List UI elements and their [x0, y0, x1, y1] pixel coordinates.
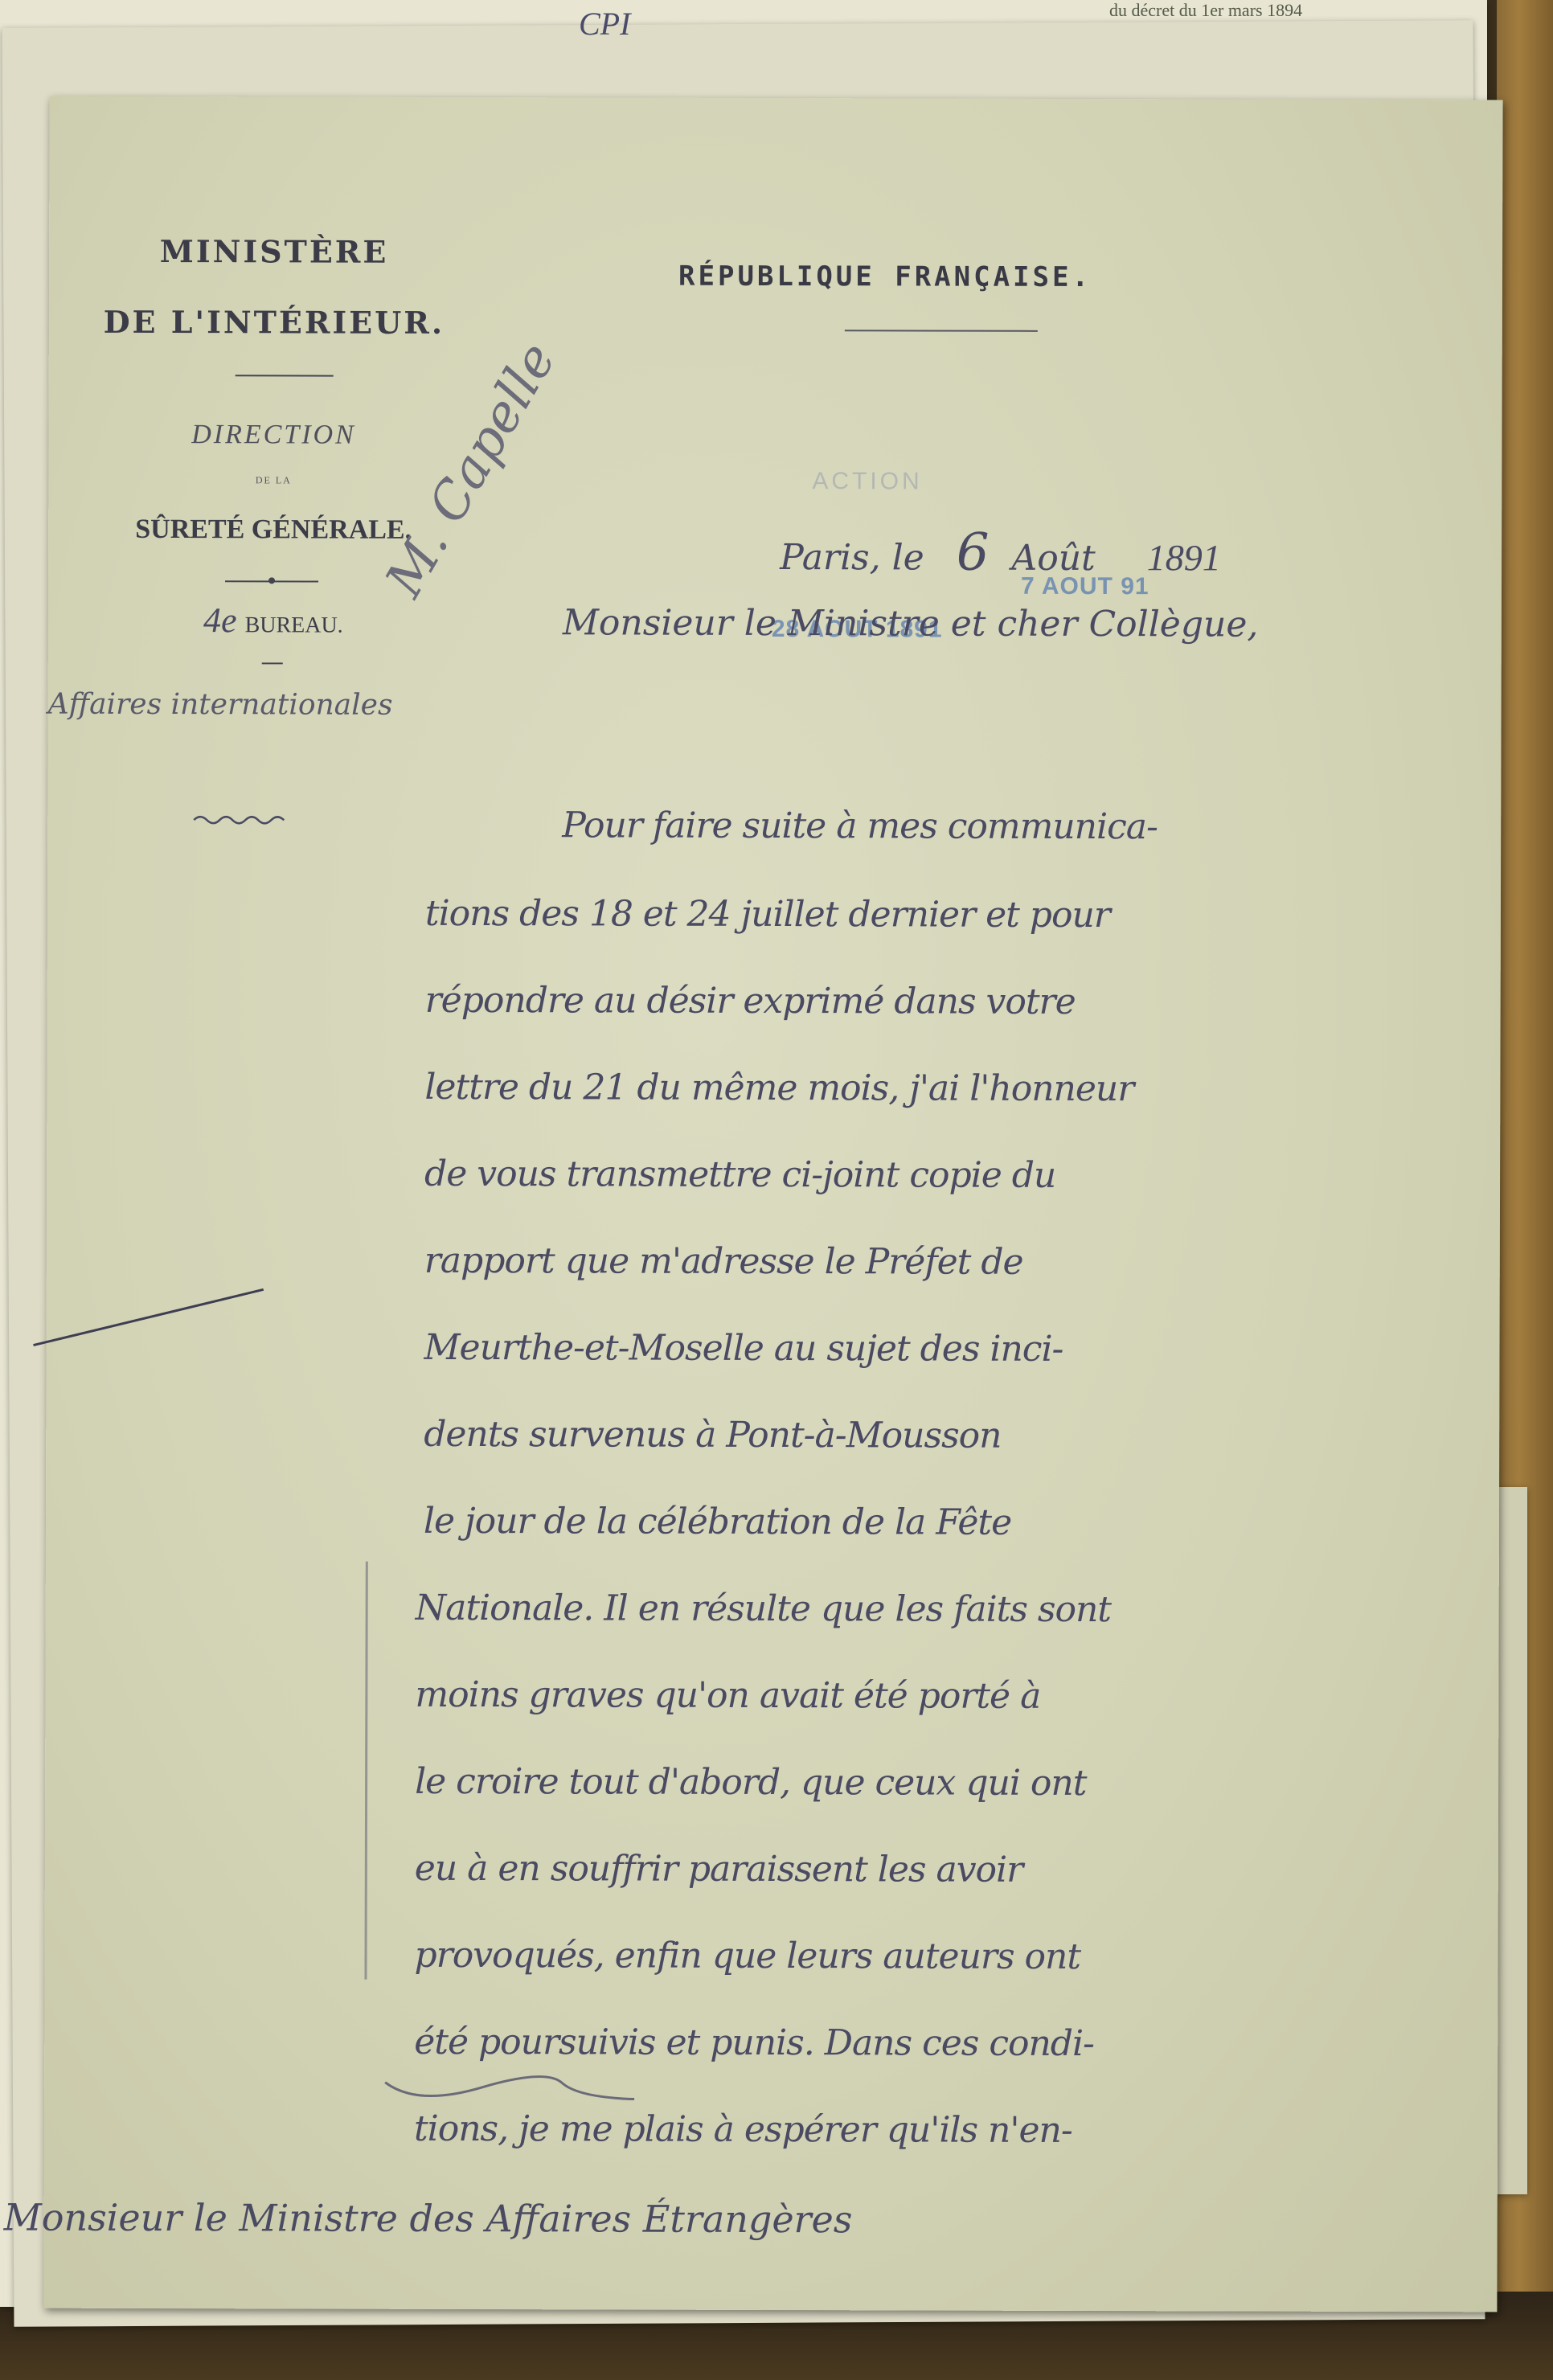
underline-squiggle	[382, 2058, 639, 2108]
body-line: moins graves qu'on avait été porté à	[415, 1674, 1040, 1717]
date-day: 6	[957, 523, 990, 583]
top-annotation: CPI	[579, 5, 630, 43]
body-line: dents survenus à Pont-à-Mousson	[424, 1414, 1001, 1456]
body-line: répondre au désir exprimé dans votre	[425, 980, 1076, 1022]
body-line: rapport que m'adresse le Préfet de	[424, 1240, 1023, 1283]
bureau-number: 4e	[203, 600, 237, 640]
body-line: de vous transmettre ci-joint copie du	[424, 1153, 1055, 1196]
ministry-line2: DE L'INTÉRIEUR.	[49, 304, 499, 341]
margin-signature: M. Capelle	[375, 333, 568, 607]
dateline: Paris, le 6 Août 1891	[780, 522, 1221, 583]
margin-bracket-line	[364, 1562, 367, 1980]
date-year: 1891	[1147, 537, 1221, 578]
ornament-rule	[236, 375, 334, 376]
faint-stamp: ACTION	[812, 468, 922, 495]
bureau-text: BUREAU.	[245, 612, 343, 637]
body-line: eu à en souffrir paraissent les avoir	[415, 1848, 1022, 1890]
body-line: provoqués, enfin que leurs auteurs ont	[414, 1935, 1080, 1977]
ministry-line1: MINISTÈRE	[49, 233, 499, 270]
body-line: Pour faire suite à mes communica-	[562, 805, 1158, 847]
bureau-label: 4eBUREAU.	[48, 600, 498, 641]
body-line: tions, je me plais à espérer qu'ils n'en…	[414, 2108, 1072, 2151]
addressee-line: Monsieur le Ministre des Affaires Étrang…	[4, 2195, 853, 2241]
ornament-dot	[268, 577, 275, 584]
body-line: Meurthe-et-Moselle au sujet des inci-	[424, 1327, 1063, 1370]
direction-label: DIRECTION	[48, 420, 498, 451]
letter-page: MINISTÈRE DE L'INTÉRIEUR. DIRECTION DE L…	[43, 96, 1502, 2312]
squiggle-ornament	[192, 812, 289, 828]
republique-francaise: RÉPUBLIQUE FRANÇAISE.	[628, 260, 1142, 294]
date-place: Paris, le	[780, 537, 924, 578]
margin-note-affaires: Affaires internationales	[48, 688, 393, 722]
salutation: Monsieur le Ministre et cher Collègue,	[563, 602, 1259, 645]
body-line: le croire tout d'abord, que ceux qui ont	[415, 1761, 1086, 1804]
ornament-rule	[845, 330, 1038, 332]
margin-stroke	[31, 1286, 288, 1351]
body-line: Nationale. Il en résulte que les faits s…	[416, 1587, 1111, 1630]
body-line: le jour de la célébration de la Fête	[424, 1501, 1011, 1543]
body-line: tions des 18 et 24 juillet dernier et po…	[425, 893, 1110, 936]
body-line: été poursuivis et punis. Dans ces condi-	[414, 2022, 1094, 2064]
short-rule	[262, 662, 283, 664]
received-stamp-1: 7 AOUT 91	[1021, 573, 1149, 600]
body-line: lettre du 21 du même mois, j'ai l'honneu…	[424, 1067, 1133, 1109]
top-strip-text: du décret du 1er mars 1894	[1109, 0, 1302, 21]
